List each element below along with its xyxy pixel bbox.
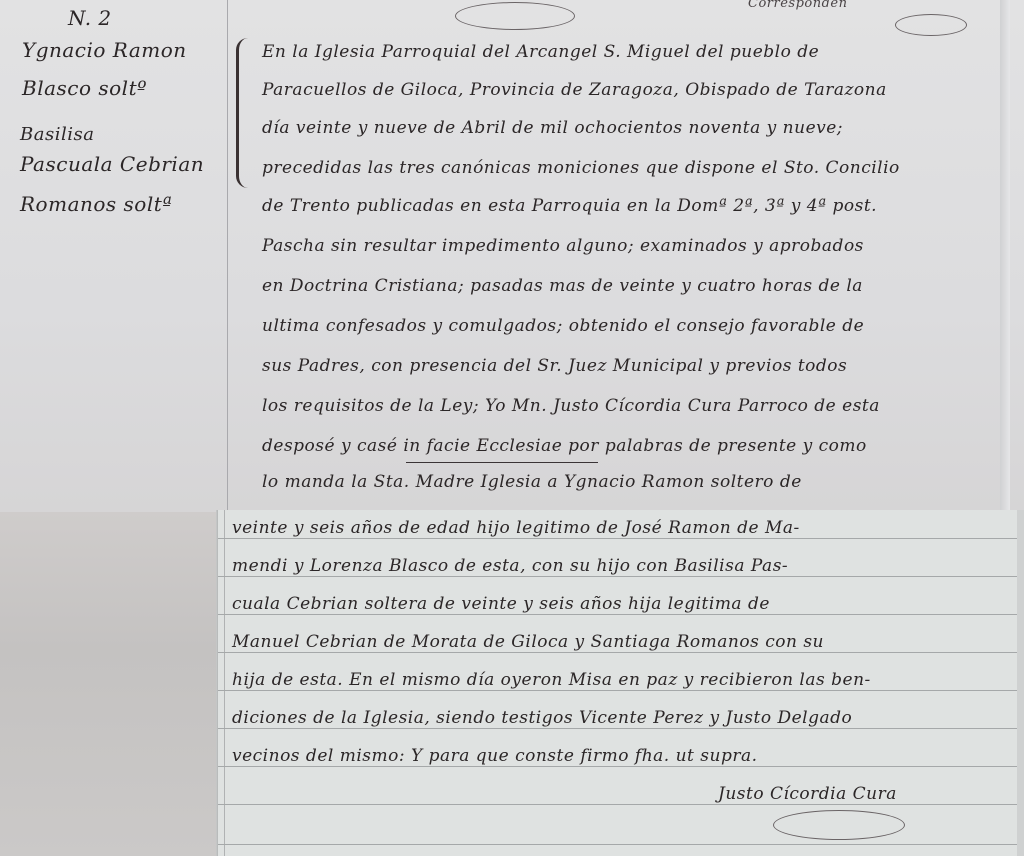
bride-name-line-2: Pascuala Cebrian xyxy=(20,152,204,176)
lower-line-4: Manuel Cebrian de Morata de Giloca y San… xyxy=(232,632,824,652)
body-line-8: ultima confesados y comulgados; obtenido… xyxy=(262,316,864,336)
body-line-3: día veinte y nueve de Abril de mil ochoc… xyxy=(262,118,843,138)
groom-name-line-1: Ygnacio Ramon xyxy=(22,38,187,62)
lower-line-5: hija de esta. En el mismo día oyeron Mis… xyxy=(232,670,871,690)
body-line-11: desposé y casé in facie Ecclesiae por pa… xyxy=(262,436,867,456)
ruled-line xyxy=(218,690,1018,691)
lower-line-2: mendi y Lorenza Blasco de esta, con su h… xyxy=(232,556,788,576)
signature-flourish xyxy=(773,810,905,840)
ruled-line xyxy=(218,844,1018,845)
priest-signature: Justo Cícordia Cura xyxy=(718,784,897,804)
groom-name-line-2: Blasco soltº xyxy=(22,76,147,100)
lower-register-page: veinte y seis años de edad hijo legitimo… xyxy=(217,510,1018,856)
body-line-2: Paracuellos de Giloca, Provincia de Zara… xyxy=(262,80,887,100)
body-line-9: sus Padres, con presencia del Sr. Juez M… xyxy=(262,356,847,376)
lower-line-1: veinte y seis años de edad hijo legitimo… xyxy=(232,518,800,538)
bride-name-line-3: Romanos soltª xyxy=(20,192,172,216)
ruled-line xyxy=(218,614,1018,615)
ruled-line xyxy=(218,766,1018,767)
underline-in-facie-ecclesiae xyxy=(406,462,598,463)
ruled-line xyxy=(218,538,1018,539)
margin-bracket xyxy=(236,38,253,188)
bride-name-line-1: Basilisa xyxy=(20,124,94,145)
corner-note: Corresponden xyxy=(748,0,847,11)
body-line-1: En la Iglesia Parroquial del Arcangel S.… xyxy=(262,42,819,62)
lower-line-6: diciones de la Iglesia, siendo testigos … xyxy=(232,708,852,728)
lower-line-3: cuala Cebrian soltera de veinte y seis a… xyxy=(232,594,770,614)
ruled-line xyxy=(218,576,1018,577)
body-line-7: en Doctrina Cristiana; pasadas mas de ve… xyxy=(262,276,863,296)
body-line-6: Pascha sin resultar impedimento alguno; … xyxy=(262,236,864,256)
margin-rule-line xyxy=(227,0,228,512)
flourish-ornament-top xyxy=(455,2,575,30)
page-edge xyxy=(1017,510,1024,856)
flourish-ornament-corner xyxy=(895,14,967,36)
entry-number: N. 2 xyxy=(68,6,112,30)
ruled-line xyxy=(218,728,1018,729)
body-line-10: los requisitos de la Ley; Yo Mn. Justo C… xyxy=(262,396,880,416)
ruled-line xyxy=(218,804,1018,805)
body-line-12: lo manda la Sta. Madre Iglesia a Ygnacio… xyxy=(262,472,802,492)
lower-line-7: vecinos del mismo: Y para que conste fir… xyxy=(232,746,758,766)
body-line-4: precedidas las tres canónicas moniciones… xyxy=(262,158,900,178)
body-line-5: de Trento publicadas en esta Parroquia e… xyxy=(262,196,877,216)
ruled-line xyxy=(218,652,1018,653)
blank-left-margin xyxy=(0,512,217,856)
